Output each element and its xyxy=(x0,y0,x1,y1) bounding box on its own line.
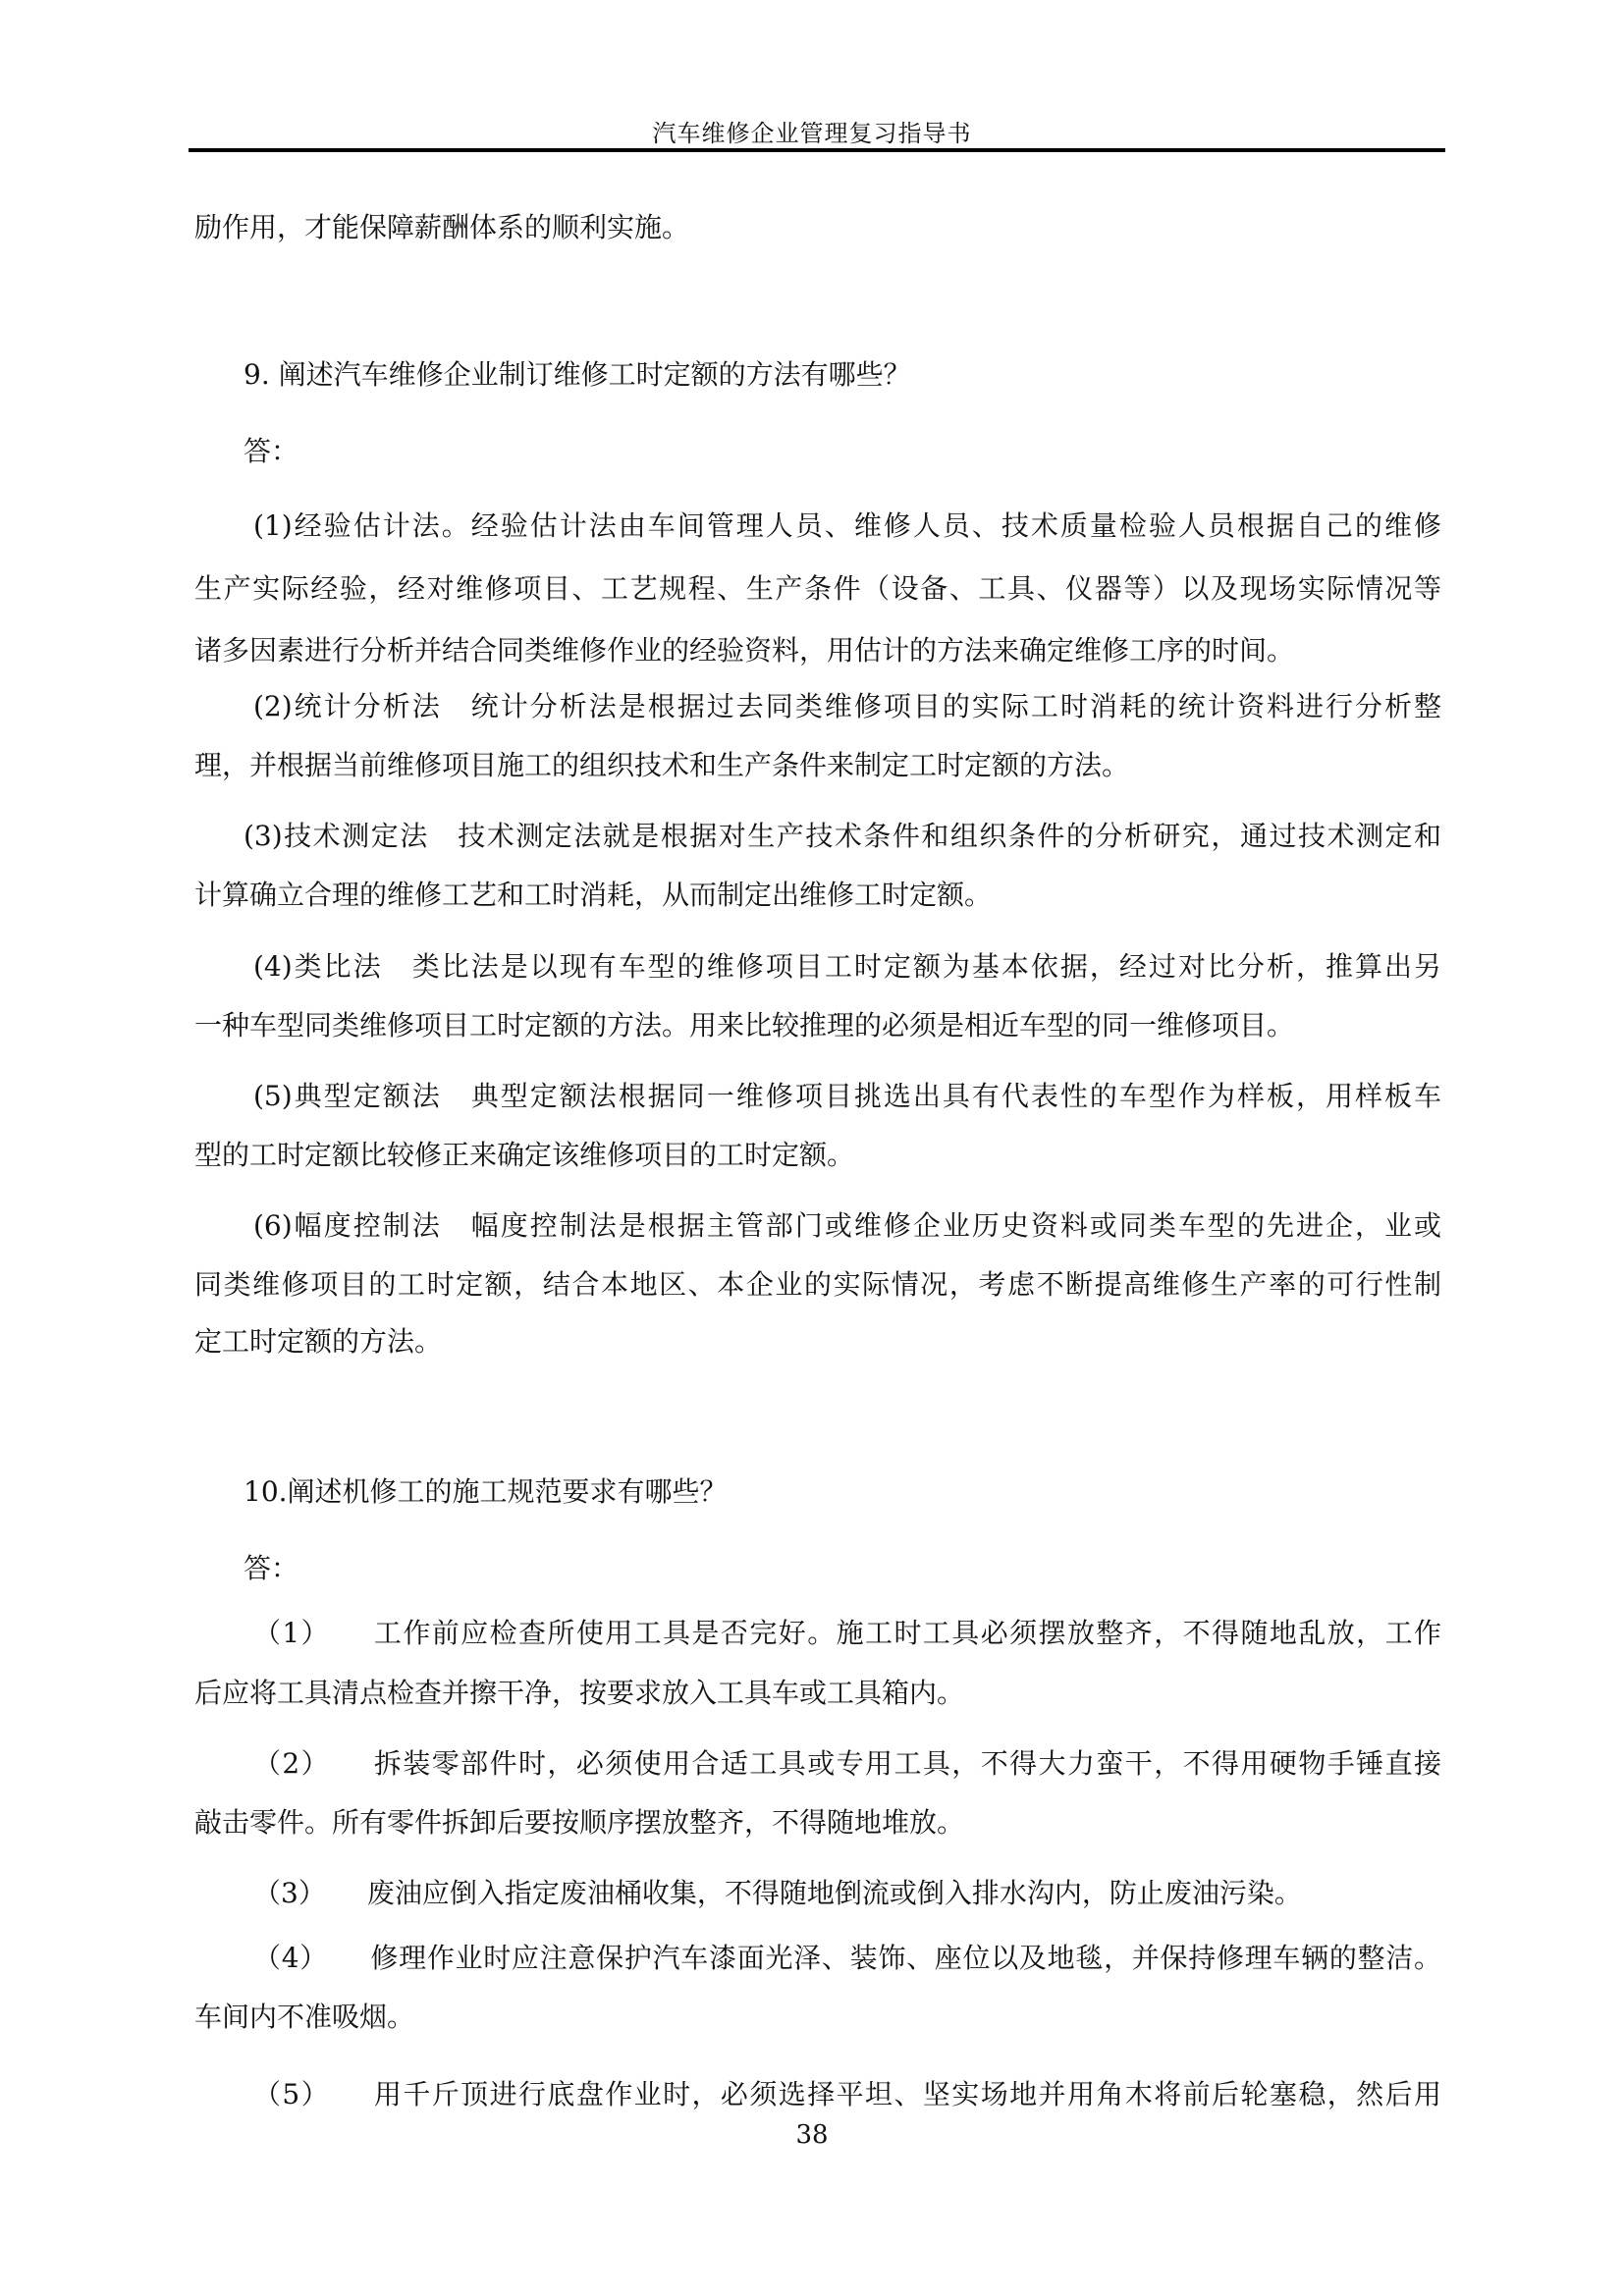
continuation-text: 励作用，才能保障薪酬体系的顺利实施。 xyxy=(194,210,1441,245)
q9-item-6-line-3: 定工时定额的方法。 xyxy=(194,1324,1441,1360)
q10-item-1-line-2: 后应将工具清点检查并擦干净，按要求放入工具车或工具箱内。 xyxy=(194,1676,1441,1711)
q9-item-1-line-1: (1)经验估计法。经验估计法由车间管理人员、维修人员、技术质量检验人员根据自己的… xyxy=(253,508,1441,544)
q9-item-5-line-2: 型的工时定额比较修正来确定该维修项目的工时定额。 xyxy=(194,1138,1441,1173)
answer-label-10: 答： xyxy=(244,1551,1441,1586)
q9-item-4-line-1: (4)类比法 类比法是以现有车型的维修项目工时定额为基本依据，经过对比分析，推算… xyxy=(253,949,1441,985)
q10-item-3-line-1: （3） 废油应倒入指定废油桶收集，不得随地倒流或倒入排水沟内，防止废油污染。 xyxy=(253,1876,1441,1911)
q9-item-6-line-1: (6)幅度控制法 幅度控制法是根据主管部门或维修企业历史资料或同类车型的先进企，… xyxy=(253,1208,1441,1244)
q9-item-6-line-2: 同类维修项目的工时定额，结合本地区、本企业的实际情况，考虑不断提高维修生产率的可… xyxy=(194,1267,1441,1303)
q9-item-5-line-1: (5)典型定额法 典型定额法根据同一维修项目挑选出具有代表性的车型作为样板，用样… xyxy=(253,1079,1441,1114)
question-9: 9. 阐述汽车维修企业制订维修工时定额的方法有哪些？ xyxy=(244,357,1441,393)
question-10: 10.阐述机修工的施工规范要求有哪些？ xyxy=(244,1474,1441,1510)
q9-item-2-line-2: 理，并根据当前维修项目施工的组织技术和生产条件来制定工时定额的方法。 xyxy=(194,748,1441,783)
q10-item-5-line-1: （5） 用千斤顶进行底盘作业时，必须选择平坦、坚实场地并用角木将前后轮塞稳，然后… xyxy=(253,2077,1441,2112)
q9-item-1-line-3: 诸多因素进行分析并结合同类维修作业的经验资料，用估计的方法来确定维修工序的时间。 xyxy=(194,633,1441,668)
q10-item-2-line-1: （2） 拆装零部件时，必须使用合适工具或专用工具，不得大力蛮干，不得用硬物手锤直… xyxy=(253,1746,1441,1782)
answer-label-9: 答： xyxy=(244,434,1441,469)
q10-item-4-line-2: 车间内不准吸烟。 xyxy=(194,2000,1441,2035)
q10-item-4-line-1: （4） 修理作业时应注意保护汽车漆面光泽、装饰、座位以及地毯，并保持修理车辆的整… xyxy=(253,1941,1441,1976)
page-number: 38 xyxy=(0,2120,1624,2150)
header-rule xyxy=(189,148,1445,152)
q9-item-2-line-1: (2)统计分析法 统计分析法是根据过去同类维修项目的实际工时消耗的统计资料进行分… xyxy=(253,689,1441,724)
q10-item-1-line-1: （1） 工作前应检查所使用工具是否完好。施工时工具必须摆放整齐，不得随地乱放，工… xyxy=(253,1616,1441,1651)
q9-item-3-line-1: (3)技术测定法 技术测定法就是根据对生产技术条件和组织条件的分析研究，通过技术… xyxy=(244,819,1441,854)
running-header: 汽车维修企业管理复习指导书 xyxy=(0,114,1624,148)
q10-item-2-line-2: 敲击零件。所有零件拆卸后要按顺序摆放整齐，不得随地堆放。 xyxy=(194,1805,1441,1841)
q9-item-3-line-2: 计算确立合理的维修工艺和工时消耗，从而制定出维修工时定额。 xyxy=(194,878,1441,913)
q9-item-4-line-2: 一种车型同类维修项目工时定额的方法。用来比较推理的必须是相近车型的同一维修项目。 xyxy=(194,1008,1441,1043)
q9-item-1-line-2: 生产实际经验，经对维修项目、工艺规程、生产条件（设备、工具、仪器等）以及现场实际… xyxy=(194,571,1441,607)
